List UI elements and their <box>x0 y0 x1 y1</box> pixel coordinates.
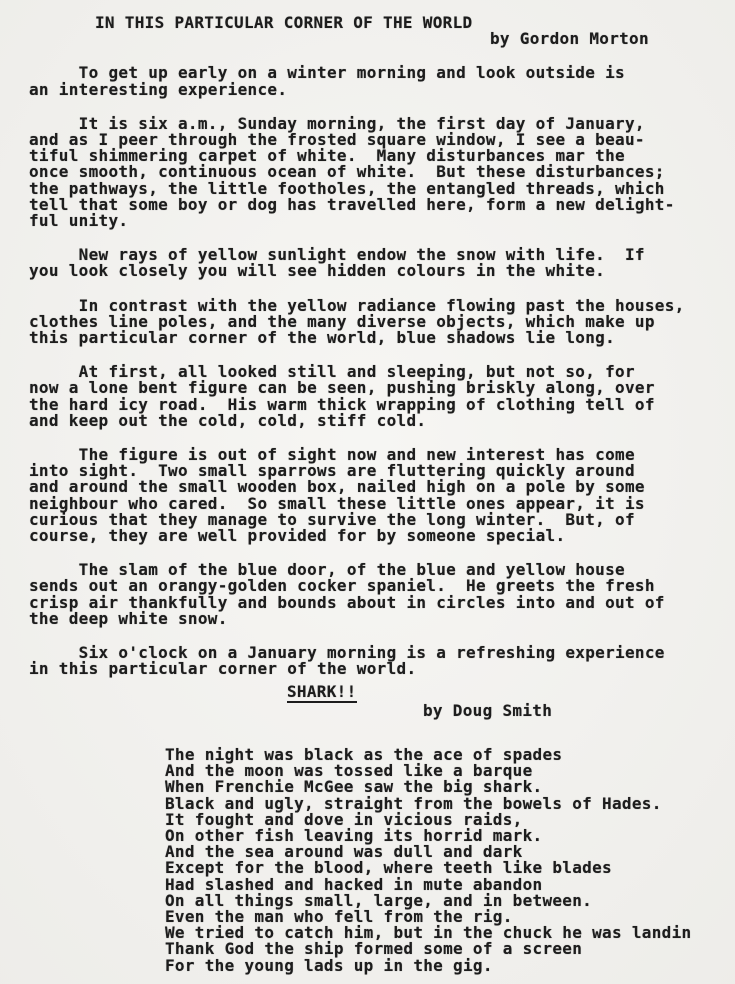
poem-title: SHARK!! <box>287 684 357 703</box>
poem-body: The night was black as the ace of spades… <box>165 747 715 974</box>
essay-paragraph-1: To get up early on a winter morning and … <box>29 65 715 97</box>
essay-paragraph-3: New rays of yellow sunlight endow the sn… <box>29 247 715 279</box>
essay-paragraph-8: Six o'clock on a January morning is a re… <box>29 645 715 677</box>
document-page: IN THIS PARTICULAR CORNER OF THE WORLD b… <box>0 0 735 984</box>
essay-paragraph-2: It is six a.m., Sunday morning, the firs… <box>29 116 715 229</box>
essay-byline: by Gordon Morton <box>490 31 715 47</box>
poem-byline: by Doug Smith <box>423 703 715 719</box>
essay-paragraph-4: In contrast with the yellow radiance flo… <box>29 298 715 347</box>
essay-paragraph-7: The slam of the blue door, of the blue a… <box>29 562 715 627</box>
essay-paragraph-6: The figure is out of sight now and new i… <box>29 447 715 544</box>
essay-paragraph-5: At first, all looked still and sleeping,… <box>29 364 715 429</box>
poem-title-row: SHARK!! <box>287 684 715 703</box>
